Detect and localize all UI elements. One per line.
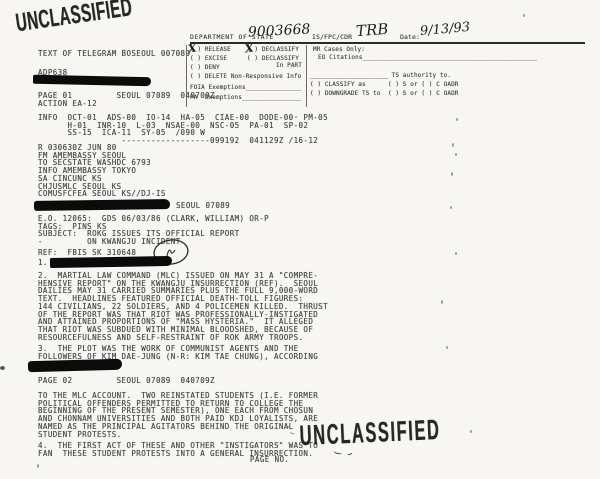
scan-speck (450, 206, 452, 209)
office-code: IS/FPC/CDR (312, 34, 352, 41)
scan-speck (295, 116, 297, 118)
scan-speck (37, 464, 39, 468)
ref-line: REF: FBIS SK 310648 (38, 249, 136, 257)
redaction-bar (33, 75, 151, 86)
info-distribution-block: INFO OCT-01 ADS-00 IO-14 HA-05 CIAE-00 D… (38, 114, 328, 145)
mr-cases-label: MR Cases Only: (313, 47, 365, 54)
redaction-bar (28, 359, 122, 372)
declassify-check-mark: X (244, 41, 254, 55)
scan-speck (455, 252, 457, 255)
scan-speck (0, 366, 5, 370)
handwritten-date: 9/13/93 (419, 20, 470, 39)
scan-speck (452, 143, 454, 147)
seoul-line: SEOUL 07089 (176, 202, 230, 210)
para2-text: 2. MARTIAL LAW COMMAND (MLC) ISSUED ON M… (38, 272, 328, 341)
unclassified-stamp-bottom: UNCLASSIFIED (299, 415, 441, 454)
scan-speck (456, 118, 458, 121)
release-check-mark: X (187, 41, 197, 55)
scan-speck (455, 153, 457, 156)
para3-text: 3. THE PLOT WAS THE WORK OF COMMUNIST AG… (38, 345, 318, 360)
scan-speck (523, 14, 525, 17)
page1-header: PAGE 01 SEOUL 07089 040709Z ACTION EA-12 (38, 92, 215, 107)
scan-speck (451, 172, 453, 176)
ts-authority-line: _____________________ TS authority to. (310, 73, 451, 80)
delete-checkbox: ( ) DELETE Non-Responsive Info (190, 74, 301, 81)
pen-mark (346, 450, 352, 455)
date-label: Date: (400, 34, 420, 41)
form-divider (306, 45, 307, 107)
excise-checkbox: ( ) EXCISE (190, 56, 227, 63)
handwritten-initials: TRB (355, 20, 389, 40)
redaction-bar (34, 199, 170, 211)
pen-mark (334, 448, 343, 455)
routing-block: R 030630Z JUN 80 FM AMEMBASSY SEOUL TO S… (38, 144, 166, 198)
in-part-label: In PART (276, 63, 302, 70)
scan-speck (441, 300, 443, 304)
unclassified-stamp-top: UNCLASSIFIED (14, 0, 134, 39)
handwritten-case-number: 9003668 (248, 21, 311, 40)
declassify-checkbox: ( ) DECLASSIFY (247, 47, 299, 54)
downgrade-row: ( ) DOWNGRADE TS to ( ) S or ( ) C OADR (310, 91, 459, 98)
page2-header: PAGE 02 SEOUL 07089 040709Z (38, 377, 215, 385)
scan-speck (470, 430, 472, 433)
para1-number: 1. (38, 259, 48, 267)
text-of-telegram-line: TEXT OF TELEGRAM BOSEOUL 007089 (38, 50, 190, 58)
classify-row: ( ) CLASSIFY as ( ) S or ( ) C OADR (310, 82, 459, 89)
scan-speck (446, 346, 448, 349)
para3-continued-text: TO THE MLC ACCOUNT. TWO REINSTATED STUDE… (38, 392, 318, 438)
deny-checkbox: ( ) DENY (190, 65, 220, 72)
scanned-telegram-page: UNCLASSIFIED TEXT OF TELEGRAM BOSEOUL 00… (0, 0, 600, 479)
redaction-bar (50, 256, 172, 268)
eo-citations-line: EO Citations____________________________… (318, 55, 537, 62)
page-no-label: PAGE NO. (250, 456, 289, 464)
